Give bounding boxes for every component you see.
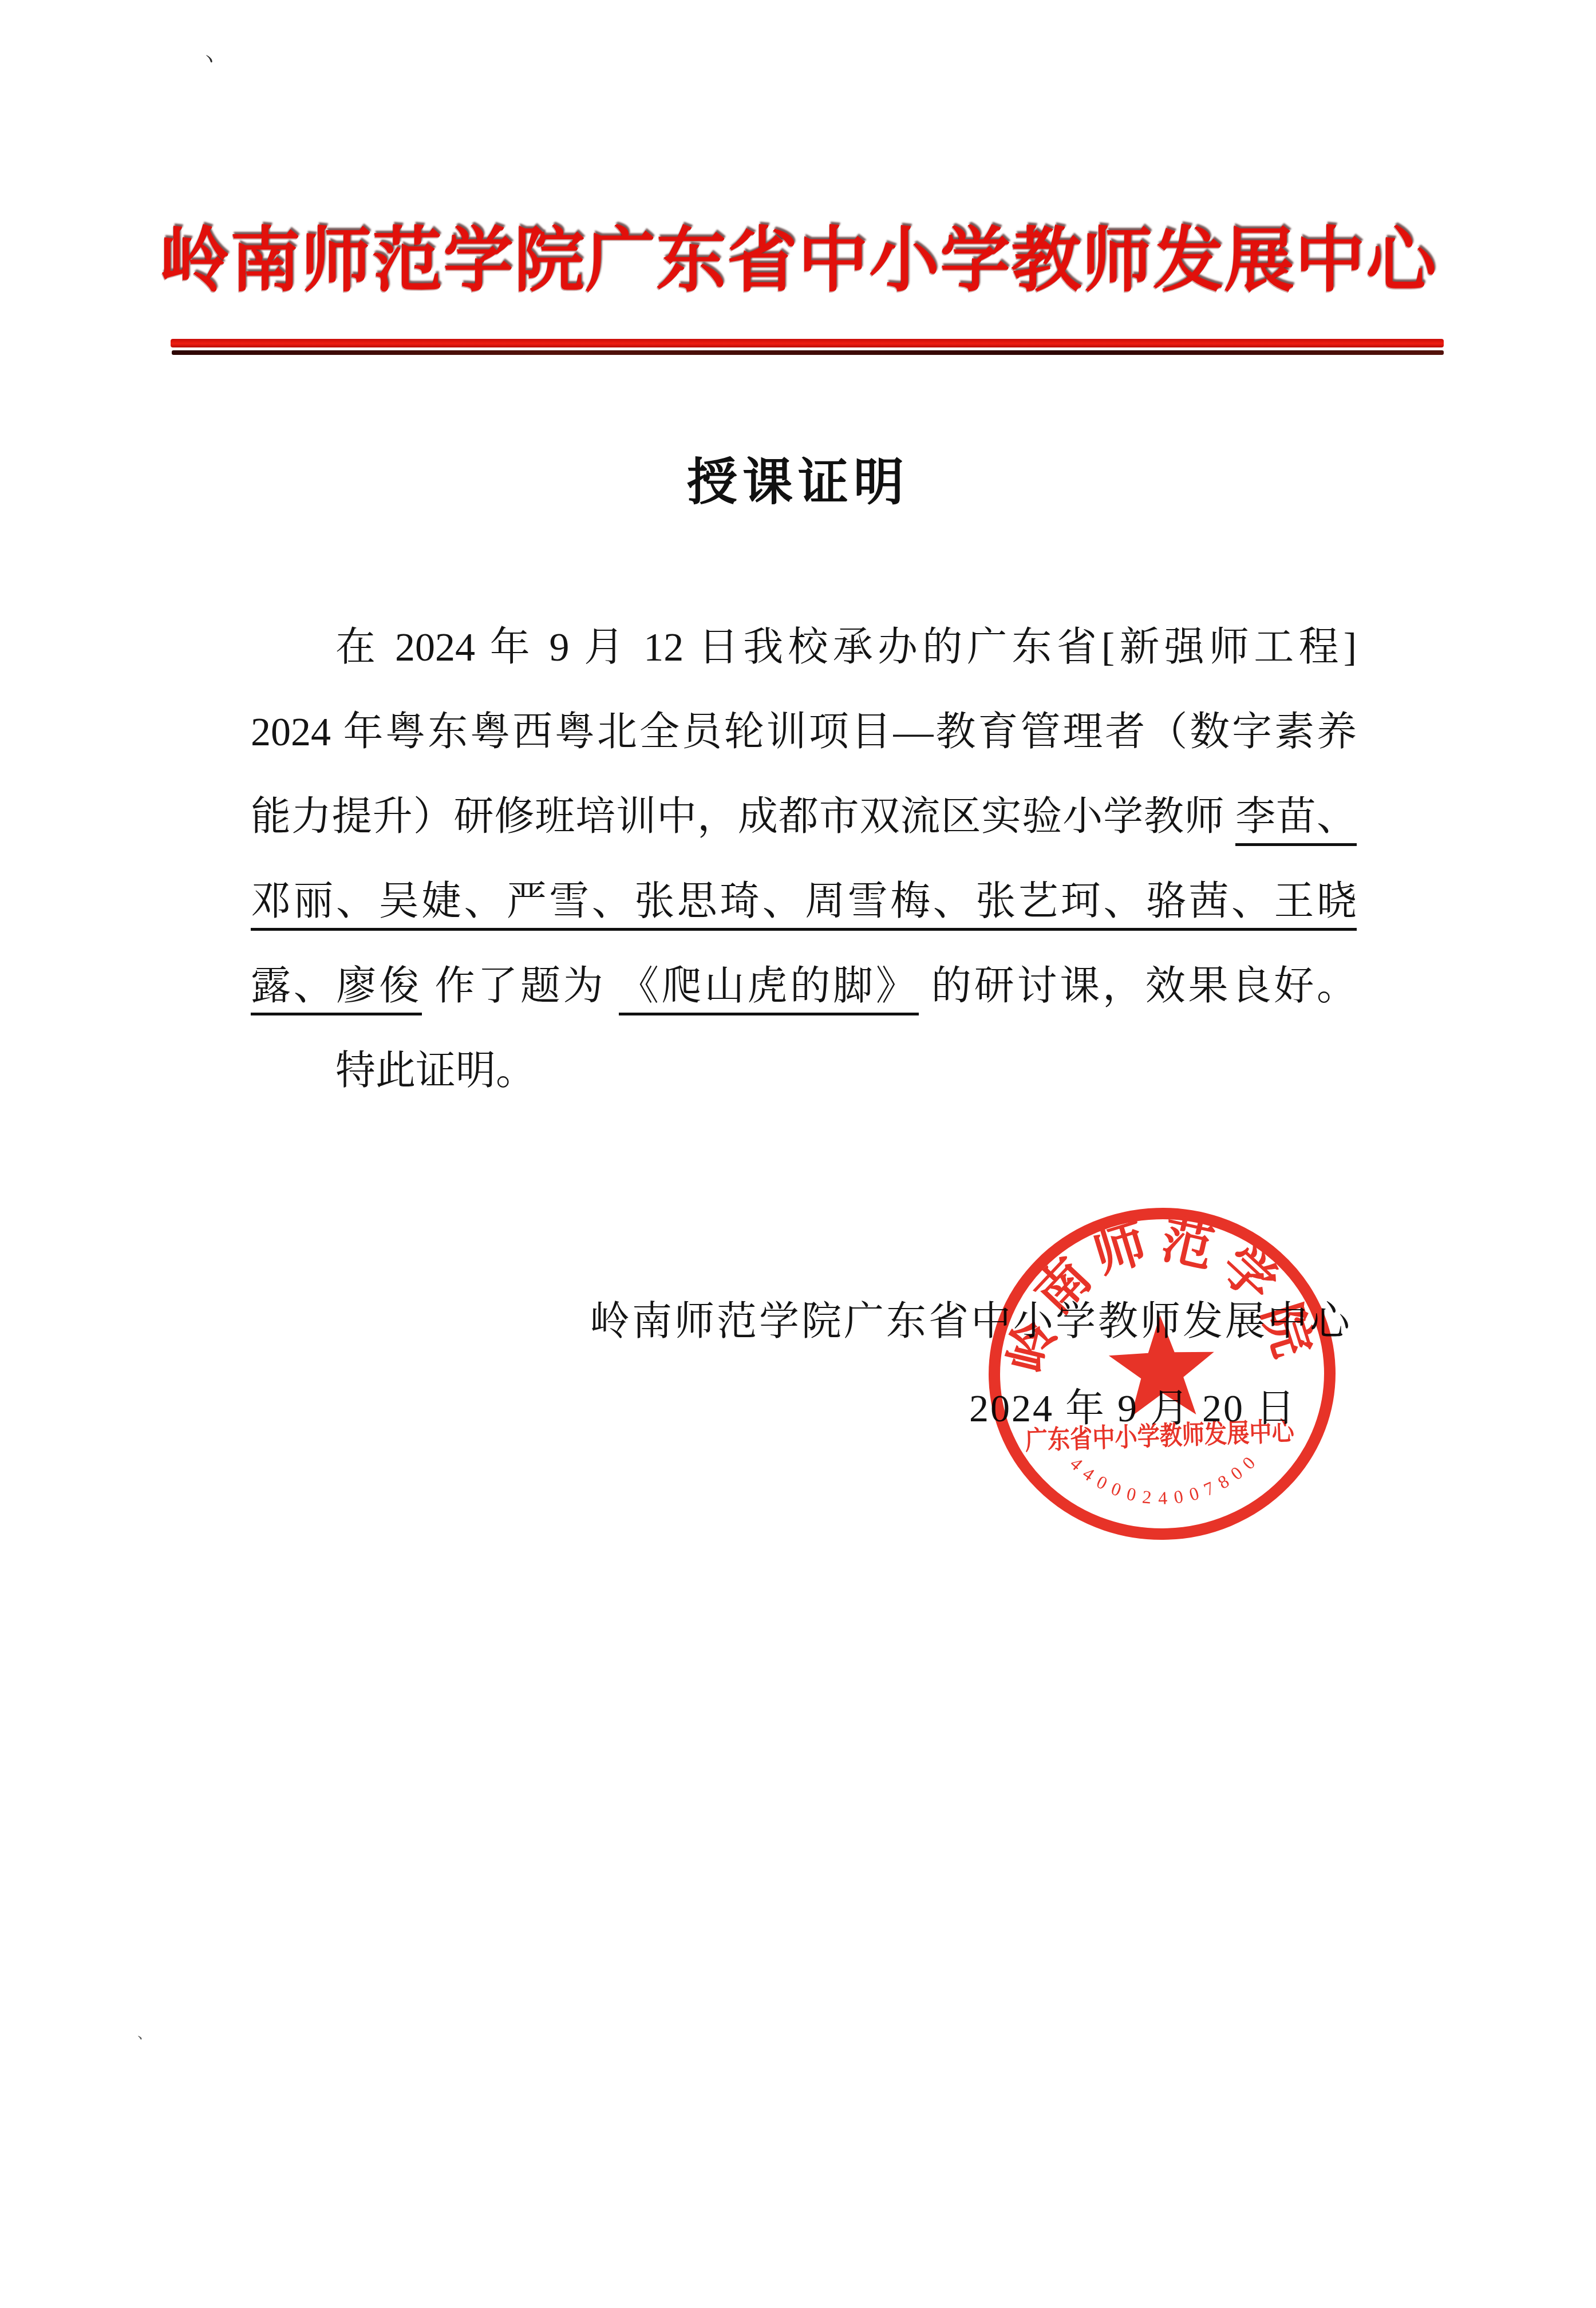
teacher-names-underlined-2: 邓丽、吴婕、严雪、张思琦、周雪梅、张艺珂、骆茜、王晓 xyxy=(251,880,1357,931)
teacher-names-underlined-1: 李苗、 xyxy=(1235,795,1357,846)
body-line-3-text: 能力提升）研修班培训中，成都市双流区实验小学教师 xyxy=(251,795,1235,839)
letterhead-rule-thick xyxy=(171,339,1444,347)
body-line-1-text: 在 2024 年 9 月 12 日我校承办的广东省[新强师工程] xyxy=(335,626,1357,670)
seal-center-text: 广东省中小学教师发展中心 xyxy=(1025,1417,1295,1455)
closing-statement: 特此证明。 xyxy=(335,1049,536,1093)
body-line-5: 露、廖俊 作了题为 《爬山虎的脚》 的研讨课，效果良好。 xyxy=(251,944,1357,1029)
seal-serial-number: 4400024007800 xyxy=(1066,1447,1266,1511)
document-title: 授课证明 xyxy=(687,442,909,514)
star-icon xyxy=(1107,1314,1216,1417)
teacher-names-underlined-3: 露、廖俊 xyxy=(251,965,422,1015)
scan-speck-bottom-left: 、 xyxy=(137,2024,152,2044)
official-seal: 岭南师范学院 广东省中小学教师发展中心 4400024007800 xyxy=(967,1181,1357,1567)
certificate-body: 在 2024 年 9 月 12 日我校承办的广东省[新强师工程] 2024 年粤… xyxy=(251,606,1357,1114)
letterhead-rule-thin xyxy=(172,350,1444,355)
body-line-4: 邓丽、吴婕、严雪、张思琦、周雪梅、张艺珂、骆茜、王晓 xyxy=(251,860,1357,944)
body-line-5-text-a: 作了题为 xyxy=(422,965,619,1009)
body-line-2-text: 2024 年粤东粤西粤北全员轮训项目—教育管理者（数字素养 xyxy=(251,710,1357,754)
letterhead-org-title: 岭南师范学院广东省中小学教师发展中心 xyxy=(0,199,1596,322)
certificate-page: 岭南师范学院广东省中小学教师发展中心 授课证明 在 2024 年 9 月 12 … xyxy=(0,0,1596,2308)
lesson-title-underlined: 《爬山虎的脚》 xyxy=(619,965,919,1015)
body-line-6: 特此证明。 xyxy=(251,1029,1357,1114)
body-line-5-text-b: 的研讨课，效果良好。 xyxy=(919,965,1357,1009)
body-line-2: 2024 年粤东粤西粤北全员轮训项目—教育管理者（数字素养 xyxy=(251,690,1357,775)
scan-speck-top-left: ヽ xyxy=(199,50,219,70)
body-line-1: 在 2024 年 9 月 12 日我校承办的广东省[新强师工程] xyxy=(251,606,1357,690)
body-line-3: 能力提升）研修班培训中，成都市双流区实验小学教师 李苗、 xyxy=(251,775,1357,860)
